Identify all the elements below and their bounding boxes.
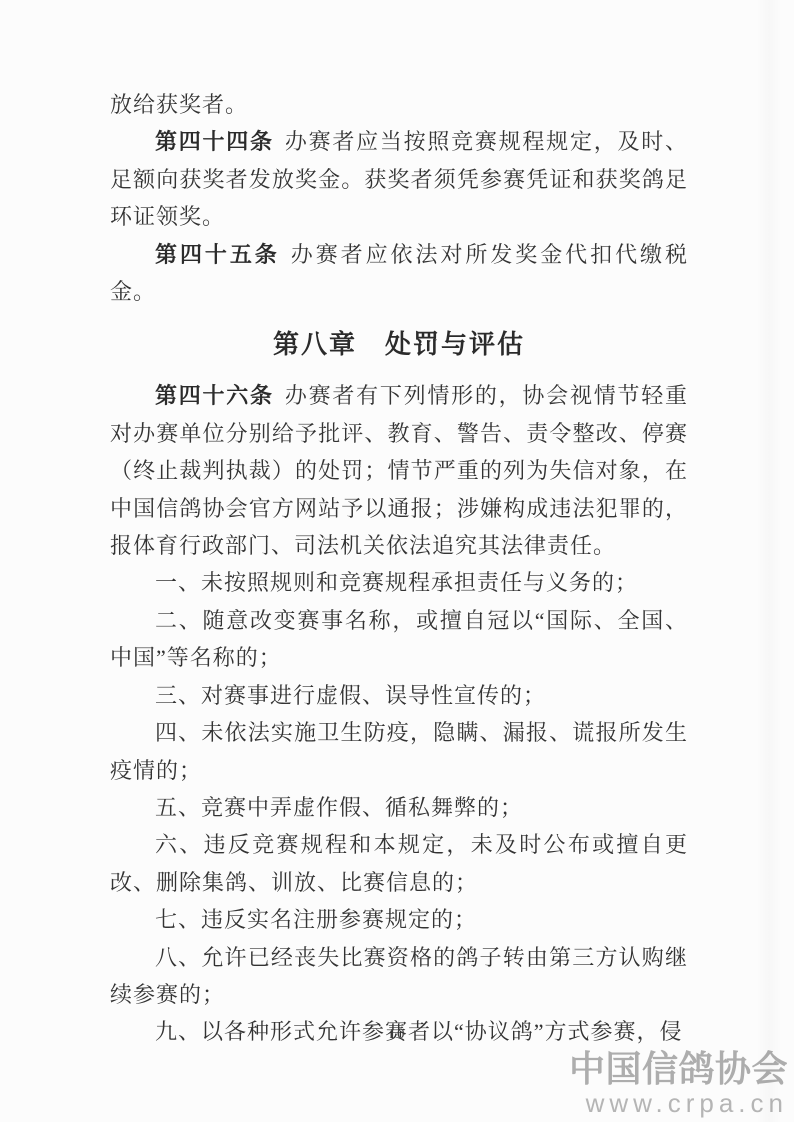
list-item-5: 五、竞赛中弄虚作假、循私舞弊的；	[110, 789, 688, 826]
watermark: 中国信鸽协会 www.crpa.cn	[569, 1051, 788, 1116]
list-item-7: 七、违反实名注册参赛规定的；	[110, 901, 688, 938]
paragraph-article-46: 第四十六条办赛者有下列情形的，协会视情节轻重对办赛单位分别给予批评、教育、警告、…	[110, 377, 688, 564]
page-number: 10	[0, 1026, 794, 1043]
list-item-4: 四、未依法实施卫生防疫，隐瞒、漏报、谎报所发生疫情的；	[110, 714, 688, 789]
list-item-8: 八、允许已经丧失比赛资格的鸽子转由第三方认购继续参赛的；	[110, 939, 688, 1014]
article-44-number: 第四十四条	[155, 129, 274, 154]
watermark-website-url: www.crpa.cn	[569, 1090, 788, 1116]
article-45-number: 第四十五条	[155, 242, 280, 267]
list-item-6: 六、违反竞赛规程和本规定，未及时公布或擅自更改、删除集鸽、训放、比赛信息的；	[110, 826, 688, 901]
article-46-number: 第四十六条	[155, 383, 274, 408]
article-46-text: 办赛者有下列情形的，协会视情节轻重对办赛单位分别给予批评、教育、警告、责令整改、…	[110, 383, 688, 558]
scan-artifact-band	[756, 0, 782, 1122]
paragraph-article-44: 第四十四条办赛者应当按照竞赛规程规定，及时、足额向获奖者发放奖金。获奖者须凭参赛…	[110, 123, 688, 235]
list-item-3: 三、对赛事进行虚假、误导性宣传的；	[110, 677, 688, 714]
paragraph-article-45: 第四十五条办赛者应依法对所发奖金代扣代缴税金。	[110, 236, 688, 311]
document-body: 放给获奖者。 第四十四条办赛者应当按照竞赛规程规定，及时、足额向获奖者发放奖金。…	[110, 86, 688, 1051]
watermark-association-name: 中国信鸽协会	[569, 1051, 788, 1087]
chapter-heading: 第八章 处罚与评估	[110, 325, 688, 363]
list-item-2: 二、随意改变赛事名称，或擅自冠以“国际、全国、中国”等名称的；	[110, 602, 688, 677]
list-item-1: 一、未按照规则和竞赛规程承担责任与义务的；	[110, 564, 688, 601]
document-page: 放给获奖者。 第四十四条办赛者应当按照竞赛规程规定，及时、足额向获奖者发放奖金。…	[0, 0, 794, 1122]
paragraph-continuation: 放给获奖者。	[110, 86, 688, 123]
